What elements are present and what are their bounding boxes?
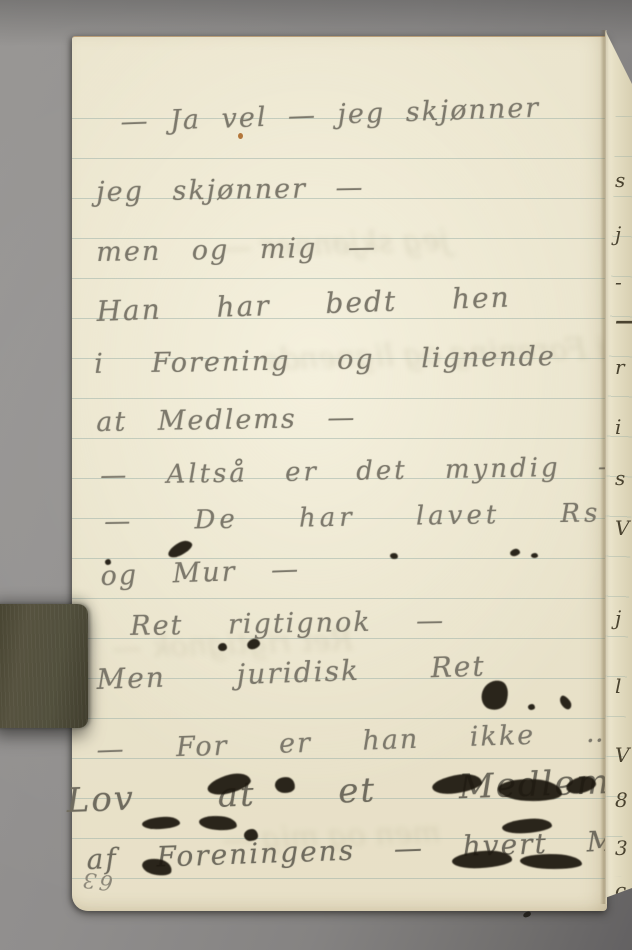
handwritten-line: — De har lavet Rs bbox=[104, 498, 602, 537]
ink-blot bbox=[244, 829, 258, 841]
paper-fleck bbox=[238, 133, 243, 139]
ink-blot bbox=[105, 559, 111, 565]
handwritten-line: Ret rigtignok — bbox=[130, 606, 445, 642]
notebook-page: jeg skjønner — i Forening og lignende Re… bbox=[72, 36, 607, 911]
ink-blot bbox=[509, 548, 520, 557]
cutoff-writing-fragment: s bbox=[615, 168, 625, 192]
handwritten-line: men og mig — bbox=[96, 232, 377, 268]
facing-page-edge: s j - — r i s V j l V 8 3 c bbox=[605, 30, 632, 898]
handwritten-line: jeg skjønner — bbox=[96, 172, 365, 208]
cutoff-writing-fragment: - bbox=[615, 270, 622, 294]
handwritten-line: — Ja vel — jeg skjønner bbox=[120, 92, 541, 138]
ink-blot bbox=[390, 552, 399, 559]
cutoff-writing-fragment: 3 bbox=[615, 836, 628, 860]
ink-blot bbox=[558, 694, 574, 711]
photo-backdrop: jeg skjønner — i Forening og lignende Re… bbox=[0, 0, 632, 950]
handwritten-line: i Forening og lignende bbox=[94, 341, 556, 380]
ink-blot bbox=[198, 814, 237, 831]
gutter-crease bbox=[600, 30, 607, 904]
handwritten-line: og Mur — bbox=[100, 554, 301, 592]
page-number: 63 bbox=[79, 867, 114, 895]
handwritten-line: Han har bedt hen bbox=[96, 281, 511, 328]
cutoff-writing-fragment: V bbox=[615, 743, 629, 767]
cutoff-writing-fragment: j bbox=[615, 606, 621, 630]
cutoff-writing-fragment: j bbox=[615, 222, 621, 246]
cutoff-writing-fragment: s bbox=[615, 466, 625, 490]
cutoff-writing-fragment: — bbox=[615, 308, 632, 334]
cutoff-writing-fragment: V bbox=[615, 516, 629, 540]
ink-fleck bbox=[522, 911, 531, 918]
cutoff-writing-fragment: i bbox=[615, 415, 621, 439]
handwritten-line: — For er han ikke … bbox=[96, 717, 615, 766]
ink-blot bbox=[218, 643, 227, 651]
ink-blot bbox=[528, 704, 535, 710]
cutoff-writing-fragment: 8 bbox=[615, 788, 628, 812]
ink-blot bbox=[531, 553, 538, 558]
cutoff-writing-fragment: r bbox=[615, 355, 625, 379]
cutoff-writing-fragment: l bbox=[615, 674, 621, 698]
handwritten-line: — Altså er det myndig — bbox=[100, 452, 627, 491]
cutoff-writing-fragment: c bbox=[615, 878, 626, 898]
bookmark-strap bbox=[0, 604, 88, 728]
handwritten-line: at Medlems — bbox=[96, 402, 357, 438]
